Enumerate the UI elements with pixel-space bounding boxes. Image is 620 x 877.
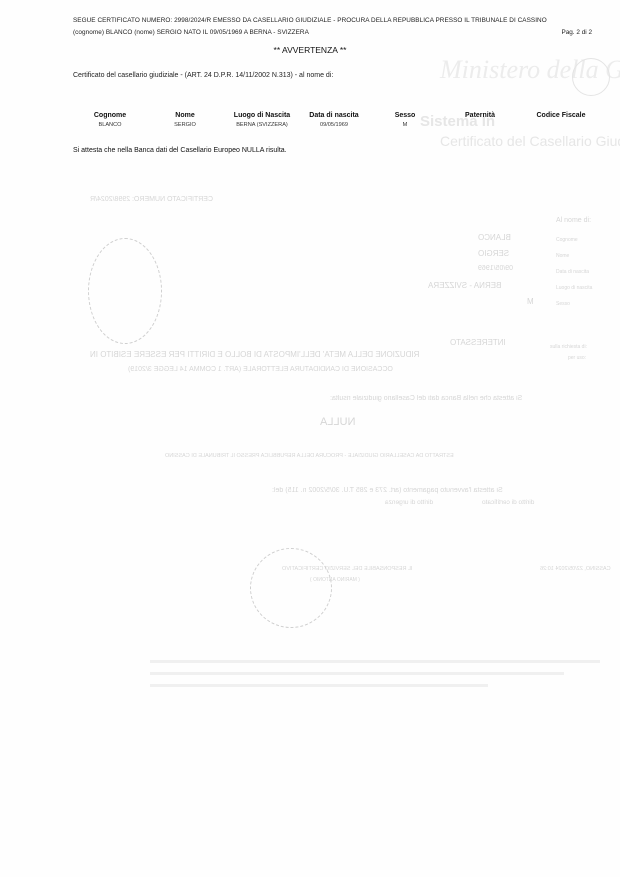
column-codice-fiscale: Codice Fiscale xyxy=(528,112,594,122)
cell-value: SERGIO xyxy=(163,122,207,128)
column-data-nascita: Data di nascita 09/05/1969 xyxy=(302,112,366,128)
ghost-field-label: Cognome xyxy=(556,237,578,243)
ghost-emblem-icon xyxy=(572,58,610,96)
ghost-use-label: per uso: xyxy=(568,355,586,361)
ghost-field-value: M xyxy=(527,297,534,306)
cell-value: M xyxy=(392,122,418,128)
ghost-request-value: INTERESSATO xyxy=(450,338,506,347)
ghost-footer-notes xyxy=(150,660,600,698)
column-header: Sesso xyxy=(392,112,418,119)
ghost-field-label: Sesso xyxy=(556,301,570,307)
continuation-header: SEGUE CERTIFICATO NUMERO: 2998/2024/R EM… xyxy=(73,17,547,24)
column-paternita: Paternità xyxy=(455,112,505,122)
ghost-field-label: Nome xyxy=(556,253,569,259)
page-indicator: Pag. 2 di 2 xyxy=(561,29,592,36)
ghost-field-label: Luogo di nascita xyxy=(556,285,592,291)
column-header: Cognome xyxy=(80,112,140,119)
ghost-use-line: OCCASIONE DI CANDIDATURA ELETTORALE (ART… xyxy=(128,366,393,373)
ghost-field-value: BLANCO xyxy=(478,233,511,242)
ghost-cert-number: CERTIFICATO NUMERO: 2998/2024/R xyxy=(90,196,213,203)
attestation-text: Si attesta che nella Banca dati del Case… xyxy=(73,147,287,154)
ghost-field-label: Data di nascita xyxy=(556,269,589,275)
ghost-extracted: ESTRATTO DA CASELLARIO GIUDIZIALE - PROC… xyxy=(165,453,454,459)
ghost-use-line: RIDUZIONE DELLA META' DELL'IMPOSTA DI BO… xyxy=(90,350,419,359)
column-luogo-nascita: Luogo di Nascita BERNA (SVIZZERA) xyxy=(222,112,302,128)
ghost-payment: Si attesta l'avvenuto pagamento (art. 27… xyxy=(272,487,503,494)
column-header: Paternità xyxy=(455,112,505,119)
ghost-round-seal-icon xyxy=(250,548,332,628)
ghost-field-value: SERGIO xyxy=(478,249,509,258)
column-header: Nome xyxy=(163,112,207,119)
ghost-place-date: CASSINO, 22/05/2024 10:26 xyxy=(540,566,611,572)
warning-title: ** AVVERTENZA ** xyxy=(0,45,620,55)
ghost-payment-opt: diritto di urgenza xyxy=(385,499,433,506)
certificate-page: Ministero della Giustizia Sistema In Cer… xyxy=(0,0,620,877)
cell-value: BERNA (SVIZZERA) xyxy=(222,122,302,128)
column-header: Codice Fiscale xyxy=(528,112,594,119)
column-header: Luogo di Nascita xyxy=(222,112,302,119)
intro-text: Certificato del casellario giudiziale - … xyxy=(73,72,333,79)
ghost-field-value: 09/05/1969 xyxy=(478,265,513,272)
column-header: Data di nascita xyxy=(302,112,366,119)
cell-value: 09/05/1969 xyxy=(302,122,366,128)
ghost-attest: Si attesta che nella Banca dati del Case… xyxy=(330,395,522,402)
column-nome: Nome SERGIO xyxy=(163,112,207,128)
cell-value: BLANCO xyxy=(80,122,140,128)
ghost-stamp-seal-icon xyxy=(88,238,162,344)
column-cognome: Cognome BLANCO xyxy=(80,112,140,128)
ghost-nulla: NULLA xyxy=(320,416,355,428)
ghost-certificate-title: Certificato del Casellario Giudiziale xyxy=(440,133,620,149)
ghost-field-value: BERNA - SVIZZERA xyxy=(428,281,501,290)
ghost-request-label: sulla richiesta di: xyxy=(550,344,587,350)
column-sesso: Sesso M xyxy=(392,112,418,128)
ghost-al-nome-di: Al nome di: xyxy=(556,217,591,224)
subject-header: (cognome) BLANCO (nome) SERGIO NATO IL 0… xyxy=(73,29,309,36)
ghost-payment-opt: diritto di certificato xyxy=(482,499,534,506)
